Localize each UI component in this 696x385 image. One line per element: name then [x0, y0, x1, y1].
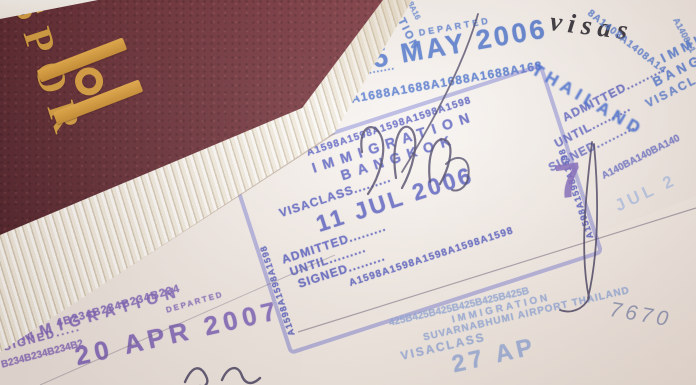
- stamp-right-faint-date: JUL 2: [612, 170, 680, 216]
- bottom-scribble: [185, 368, 260, 385]
- stamp-top-side-security: 8A16: [406, 0, 422, 21]
- passport-visa-photo: visas DEPARTED - 5 MAY 2006 A1688A1688A1…: [0, 0, 696, 385]
